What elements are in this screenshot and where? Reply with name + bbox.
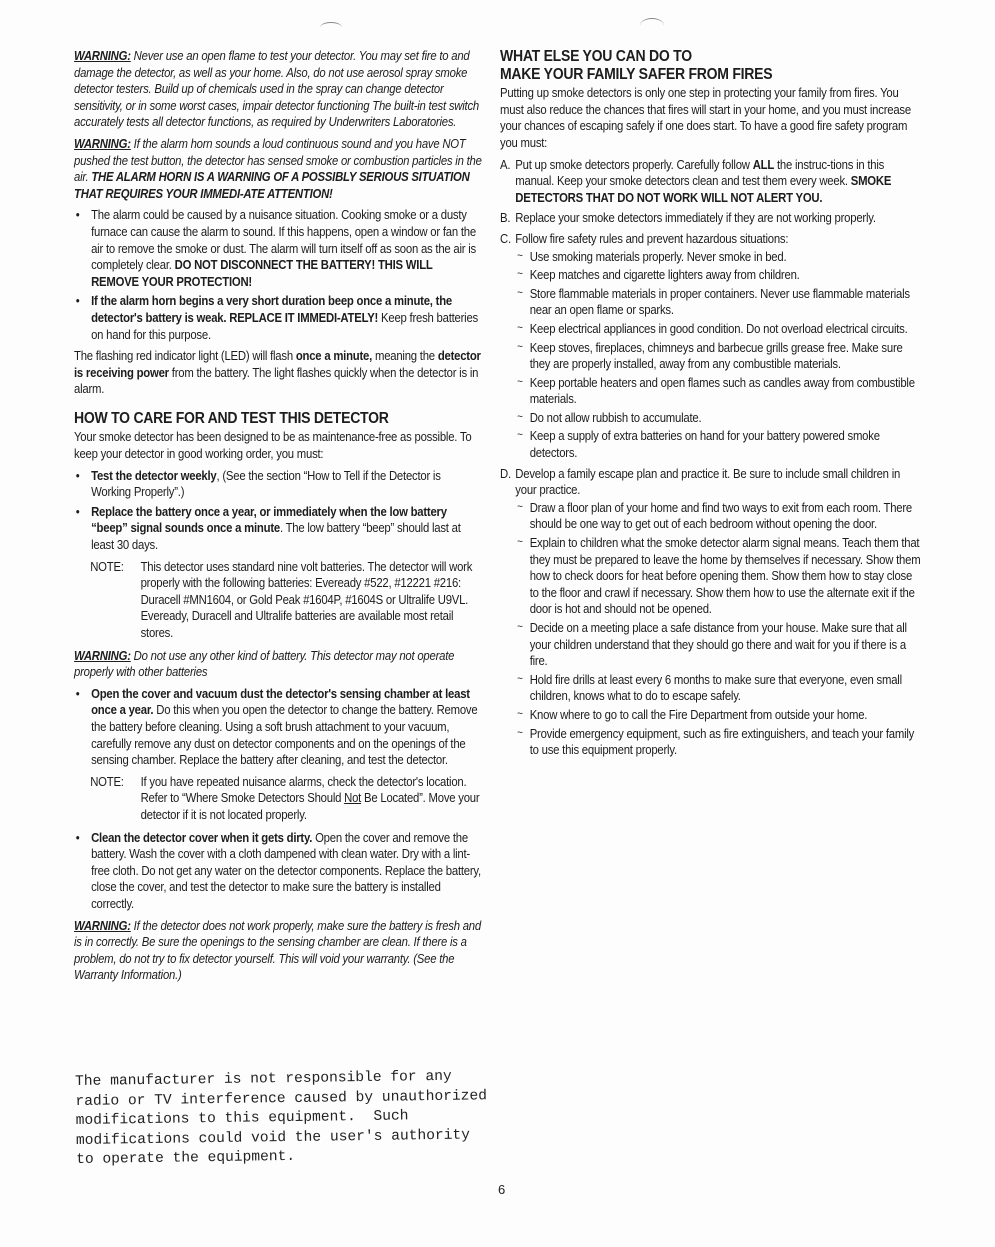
- left-column: WARNING: Never use an open flame to test…: [74, 48, 483, 989]
- list-item: Test the detector weekly, (See the secti…: [74, 468, 483, 501]
- alarm-bullets: The alarm could be caused by a nuisance …: [74, 207, 483, 343]
- warning-alarm-horn: WARNING: If the alarm horn sounds a loud…: [74, 136, 483, 202]
- led-paragraph: The flashing red indicator light (LED) w…: [74, 348, 483, 398]
- warning-battery: WARNING: Do not use any other kind of ba…: [74, 648, 483, 681]
- step-a: A.Put up smoke detectors properly. Caref…: [500, 157, 923, 207]
- right-column: WHAT ELSE YOU CAN DO TOMAKE YOUR FAMILY …: [500, 48, 923, 763]
- list-item: Explain to children what the smoke detec…: [515, 535, 923, 618]
- step-c: C.Follow fire safety rules and prevent h…: [500, 231, 923, 462]
- step-d: D.Develop a family escape plan and pract…: [500, 466, 923, 759]
- list-item: Provide emergency equipment, such as fir…: [515, 726, 923, 759]
- care-intro: Your smoke detector has been designed to…: [74, 429, 483, 462]
- scan-mark: [320, 22, 342, 33]
- escape-plan-list: Draw a floor plan of your home and find …: [515, 500, 923, 759]
- list-item: Do not allow rubbish to accumulate.: [515, 410, 923, 427]
- list-item: Keep stoves, fireplaces, chimneys and ba…: [515, 340, 923, 373]
- list-item: Keep matches and cigarette lighters away…: [515, 267, 923, 284]
- battery-note: NOTE:This detector uses standard nine vo…: [90, 559, 482, 642]
- scan-mark: [640, 18, 664, 33]
- fire-rules-list: Use smoking materials properly. Never sm…: [515, 249, 923, 462]
- list-item: Decide on a meeting place a safe distanc…: [515, 620, 923, 670]
- list-item: Clean the detector cover when it gets di…: [74, 830, 483, 913]
- list-item: Keep electrical appliances in good condi…: [515, 321, 923, 338]
- safety-intro: Putting up smoke detectors is only one s…: [500, 85, 923, 151]
- list-item: Hold fire drills at least every 6 months…: [515, 672, 923, 705]
- care-bullets: Test the detector weekly, (See the secti…: [74, 468, 483, 554]
- list-item: Keep a supply of extra batteries on hand…: [515, 428, 923, 461]
- list-item: Keep portable heaters and open flames su…: [515, 375, 923, 408]
- vacuum-bullet: Open the cover and vacuum dust the detec…: [74, 686, 483, 769]
- list-item: Know where to go to call the Fire Depart…: [515, 707, 923, 724]
- list-item: If the alarm horn begins a very short du…: [74, 293, 483, 343]
- care-heading: HOW TO CARE FOR AND TEST THIS DETECTOR: [74, 410, 483, 428]
- fcc-notice: The manufacturer is not responsible for …: [75, 1066, 546, 1170]
- list-item: Use smoking materials properly. Never sm…: [515, 249, 923, 266]
- clean-bullet: Clean the detector cover when it gets di…: [74, 830, 483, 913]
- list-item: Store flammable materials in proper cont…: [515, 286, 923, 319]
- list-item: Replace the battery once a year, or imme…: [74, 504, 483, 554]
- list-item: The alarm could be caused by a nuisance …: [74, 207, 483, 290]
- nuisance-note: NOTE:If you have repeated nuisance alarm…: [90, 774, 482, 824]
- list-item: Draw a floor plan of your home and find …: [515, 500, 923, 533]
- safety-steps: A.Put up smoke detectors properly. Caref…: [500, 157, 923, 759]
- warning-warranty: WARNING: If the detector does not work p…: [74, 918, 483, 984]
- step-b: B.Replace your smoke detectors immediate…: [500, 210, 923, 227]
- warning-open-flame: WARNING: Never use an open flame to test…: [74, 48, 483, 131]
- page-number: 6: [498, 1182, 505, 1197]
- list-item: Open the cover and vacuum dust the detec…: [74, 686, 483, 769]
- safety-heading: WHAT ELSE YOU CAN DO TOMAKE YOUR FAMILY …: [500, 48, 923, 83]
